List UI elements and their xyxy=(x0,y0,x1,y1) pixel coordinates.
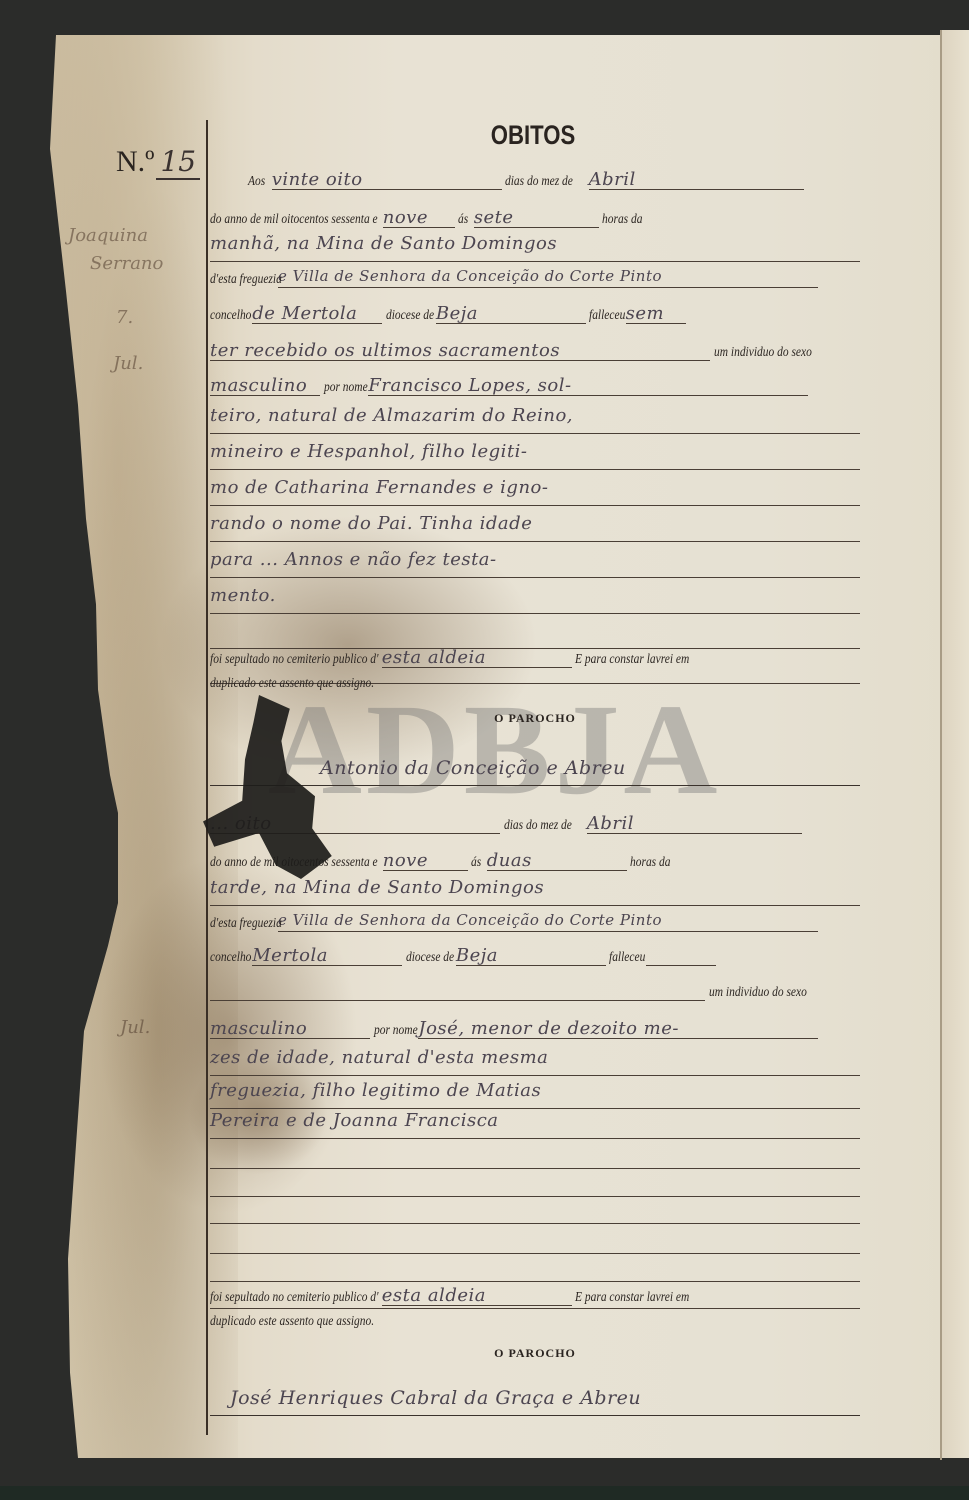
label-diocese: diocese de xyxy=(406,949,454,965)
entry1-line-nome: masculino por nome Francisco Lopes, sol- xyxy=(210,375,860,403)
label-individuo: um individuo do sexo xyxy=(709,984,807,1000)
field-year: nove xyxy=(383,207,455,228)
entry1-line-sacramentos: ter recebido os ultimos sacramentos um i… xyxy=(210,340,860,368)
entry1-line-freguezia: d'esta freguezia e Villa de Senhora da C… xyxy=(210,267,860,295)
entry2-blank-line xyxy=(210,1140,860,1169)
entry1-body-line: mo de Catharina Fernandes e igno- xyxy=(210,477,860,506)
label-duplicado: duplicado este assento que assigno. xyxy=(210,675,374,691)
entry-number: N.º15 xyxy=(116,145,200,179)
field-blank xyxy=(210,980,705,1001)
margin-note: Jul. xyxy=(120,1017,150,1038)
entry1-body-line: rando o nome do Pai. Tinha idade xyxy=(210,513,860,542)
entry2-body-line: Pereira e de Joanna Francisca xyxy=(210,1110,860,1139)
field-concelho: Mertola xyxy=(252,945,402,966)
margin-note: Serrano xyxy=(90,253,163,274)
label-horas: horas da xyxy=(602,211,642,227)
label-freguezia: d'esta freguezia xyxy=(210,915,282,931)
label-sepultado: foi sepultado no cemiterio publico d' xyxy=(210,651,379,667)
label-constar: E para constar lavrei em xyxy=(575,1289,689,1305)
entry1-signature: Antonio da Conceição e Abreu xyxy=(320,757,626,779)
label-freguezia: d'esta freguezia xyxy=(210,271,282,287)
entry1-body-line: mento. xyxy=(210,585,860,614)
field-sacramentos: ter recebido os ultimos sacramentos xyxy=(210,340,710,361)
label-nome: por nome xyxy=(324,379,368,395)
entry1-blank-line xyxy=(210,620,860,649)
label-duplicado: duplicado este assento que assigno. xyxy=(210,1313,374,1329)
label-aos: Aos xyxy=(248,173,265,189)
label-concelho: concelho xyxy=(210,307,251,323)
field-month: Abril xyxy=(587,813,802,834)
field-sexo: masculino xyxy=(210,375,320,396)
number-value: 15 xyxy=(156,145,200,180)
entry1-body-line: teiro, natural de Almazarim do Reino, xyxy=(210,405,860,434)
entry1-line-date: Aos vinte oito dias do mez de Abril xyxy=(210,169,860,197)
entry2-line-duplicado: duplicado este assento que assigno. xyxy=(210,1313,860,1341)
entry2-body-line: zes de idade, natural d'esta mesma xyxy=(210,1047,860,1076)
entry1-signature-line: Antonio da Conceição e Abreu xyxy=(210,755,860,786)
parocho-label: O PAROCHO xyxy=(210,711,860,726)
label-constar: E para constar lavrei em xyxy=(575,651,689,667)
label-sepultado: foi sepultado no cemiterio publico d' xyxy=(210,1289,379,1305)
field-sexo: masculino xyxy=(210,1018,370,1039)
field-concelho: de Mertola xyxy=(252,303,382,324)
label-as: ás xyxy=(458,211,468,227)
number-label: N.º xyxy=(116,145,154,178)
field-month: Abril xyxy=(589,169,804,190)
field-nome: Francisco Lopes, sol- xyxy=(368,375,808,396)
margin-note: Jul. xyxy=(113,353,143,374)
entry1-line-concelho: concelho de Mertola diocese de Beja fall… xyxy=(210,303,860,331)
field-hour: sete xyxy=(474,207,599,228)
field-freguezia: e Villa de Senhora da Conceição do Corte… xyxy=(278,267,818,288)
field-nome: José, menor de dezoito me- xyxy=(418,1018,818,1039)
label-horas: horas da xyxy=(630,854,670,870)
entry2-line-sepultado: foi sepultado no cemiterio publico d' es… xyxy=(210,1285,860,1313)
entry2-signature: José Henriques Cabral da Graça e Abreu xyxy=(230,1387,641,1409)
field-falleceu xyxy=(646,945,716,966)
adjacent-page xyxy=(942,30,969,1458)
scanner-bottom-strip xyxy=(0,1486,969,1500)
entry1-body-line: para ... Annos e não fez testa- xyxy=(210,549,860,578)
entry2-line-place: tarde, na Mina de Santo Domingos xyxy=(210,877,860,906)
field-freguezia: e Villa de Senhora da Conceição do Corte… xyxy=(278,911,818,932)
label-diocese: diocese de xyxy=(386,307,434,323)
label-as: ás xyxy=(471,854,481,870)
margin-rule xyxy=(206,120,208,1435)
entry1-line-duplicado: duplicado este assento que assigno. xyxy=(210,675,860,703)
entry2-blank-line xyxy=(210,1168,860,1197)
label-individuo: um individuo do sexo xyxy=(714,344,812,360)
entry2-line-nome: masculino por nome José, menor de dezoit… xyxy=(210,1018,860,1046)
entry2-line-concelho: concelho Mertola diocese de Beja fallece… xyxy=(210,945,860,973)
parocho-label: O PAROCHO xyxy=(210,1346,860,1361)
entry2-signature-line: José Henriques Cabral da Graça e Abreu xyxy=(210,1385,860,1416)
entry2-line-freguezia: d'esta freguezia e Villa de Senhora da C… xyxy=(210,911,860,939)
field-hour: duas xyxy=(487,850,627,871)
margin-note: Joaquina xyxy=(68,225,148,246)
entry1-line-sepultado: foi sepultado no cemiterio publico d' es… xyxy=(210,647,860,675)
label-anno: do anno de mil oitocentos sessenta e xyxy=(210,211,378,227)
label-dias: dias do mez de xyxy=(504,817,572,833)
field-diocese: Beja xyxy=(456,945,606,966)
field-falleceu: sem xyxy=(626,303,686,324)
field-diocese: Beja xyxy=(436,303,586,324)
field-cemiterio: esta aldeia xyxy=(382,647,572,668)
entry2-blank-line xyxy=(210,1195,860,1224)
page-title: OBITOS xyxy=(160,120,906,151)
entry2-blank-line xyxy=(210,1253,860,1282)
entry2-blank-line xyxy=(210,1225,860,1254)
entry1-line-place: manhã, na Mina de Santo Domingos xyxy=(210,233,860,262)
register-page: ADBJA Joaquina Serrano 7. Jul. Jul. OBIT… xyxy=(38,35,948,1458)
entry2-line-individuo: um individuo do sexo xyxy=(210,980,860,1008)
label-nome: por nome xyxy=(374,1022,418,1038)
field-year: nove xyxy=(383,850,468,871)
label-dias: dias do mez de xyxy=(505,173,573,189)
label-falleceu: falleceu xyxy=(589,307,625,323)
label-falleceu: falleceu xyxy=(609,949,645,965)
entry1-line-year: do anno de mil oitocentos sessenta e nov… xyxy=(210,207,860,235)
entry1-body-line: mineiro e Hespanhol, filho legiti- xyxy=(210,441,860,470)
entry2-body-line: freguezia, filho legitimo de Matias xyxy=(210,1080,860,1109)
field-cemiterio: esta aldeia xyxy=(382,1285,572,1306)
label-concelho: concelho xyxy=(210,949,251,965)
field-day: vinte oito xyxy=(272,169,502,190)
margin-note: 7. xyxy=(116,307,133,328)
